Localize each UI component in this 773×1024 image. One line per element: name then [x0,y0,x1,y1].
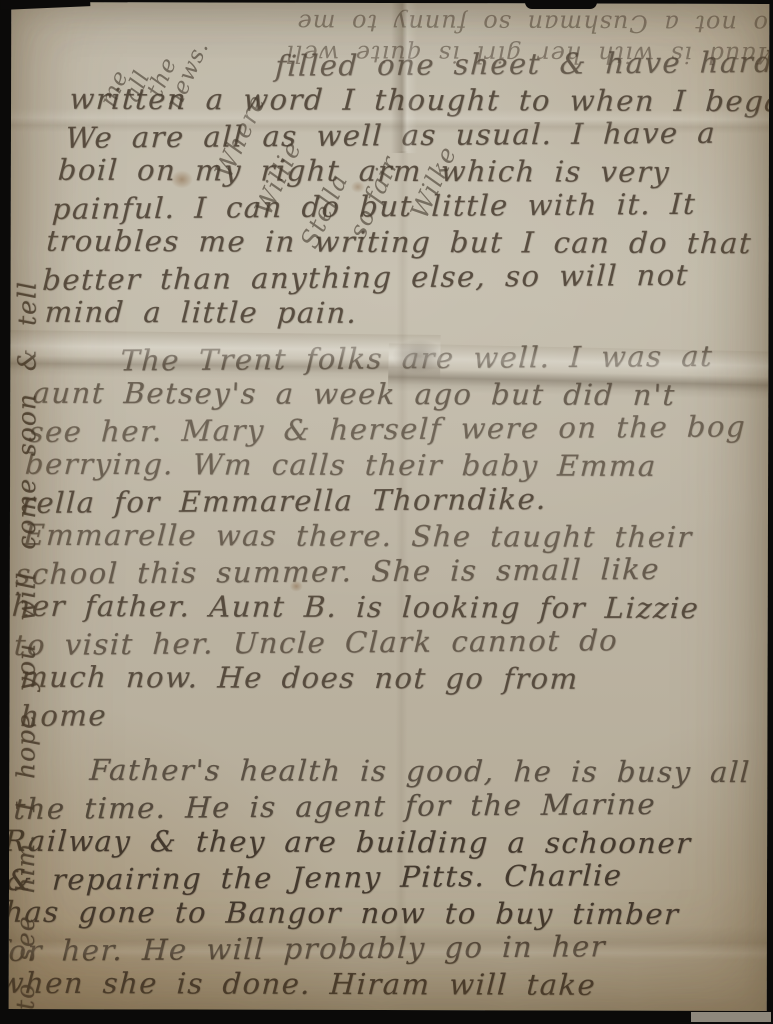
letter-line: We are all as well as usual. I have a [65,115,770,156]
letter-line: when she is done. Hiram will take [9,965,742,1003]
scan-edge-notch [525,0,597,9]
inverted-cross-writing-line: so not a Cushman so funny to me [269,7,769,39]
letter-line: her father. Aunt B. is looking for Lizzi… [11,588,761,626]
letter-line: Emmarelle was there. She taught their [22,517,764,555]
letter-line: much now. He does not go from [19,659,757,697]
letter-line: home [19,693,755,734]
letter-line: boil on my right arm which is very [57,152,769,190]
letter-line: berrying. Wm calls their baby Emma [24,446,768,484]
letter-line: mind a little pain. [44,294,770,332]
margin-note-vertical: to see him. I hope you will come soon & … [11,80,42,1010]
letter-paper: filled one sheet & have hardly written a… [9,2,770,1011]
scan-corner-sliver [691,1012,771,1022]
letter-line: rella for Emmarella Thorndike. [20,480,766,521]
letter-line: troubles me in writing but I can do that [45,223,769,261]
letter-line: The Trent folks are well. I was at [119,338,769,379]
letter-line: & repairing the Jenny Pitts. Charlie [9,857,747,898]
inverted-cross-writing-line: Maud is with her girl is quite well [269,38,769,70]
letter-line: to visit her. Uncle Clark cannot do [13,622,759,663]
letter-line: better than anything else, so will not [42,257,770,298]
letter-line: the time. He is agent for the Marine [13,786,751,827]
letter-line: see her. Mary & herself were on the bog [28,409,769,450]
letter-line: aunt Betsey's a week ago but did n't [32,375,770,413]
letter-line: has gone to Bangor now to buy timber [9,894,745,932]
letter-line: school this summer. She is small like [15,551,763,592]
letter-line: for her. He will probably go in her [9,928,744,969]
inverted-cross-writing: Maud is with her girl is quite well so n… [269,7,769,70]
letter-line: Father's health is good, he is busy all [89,752,753,790]
letter-line: Railway & they are building a schooner [9,823,749,861]
scanned-letter-page: filled one sheet & have hardly written a… [0,0,773,1024]
